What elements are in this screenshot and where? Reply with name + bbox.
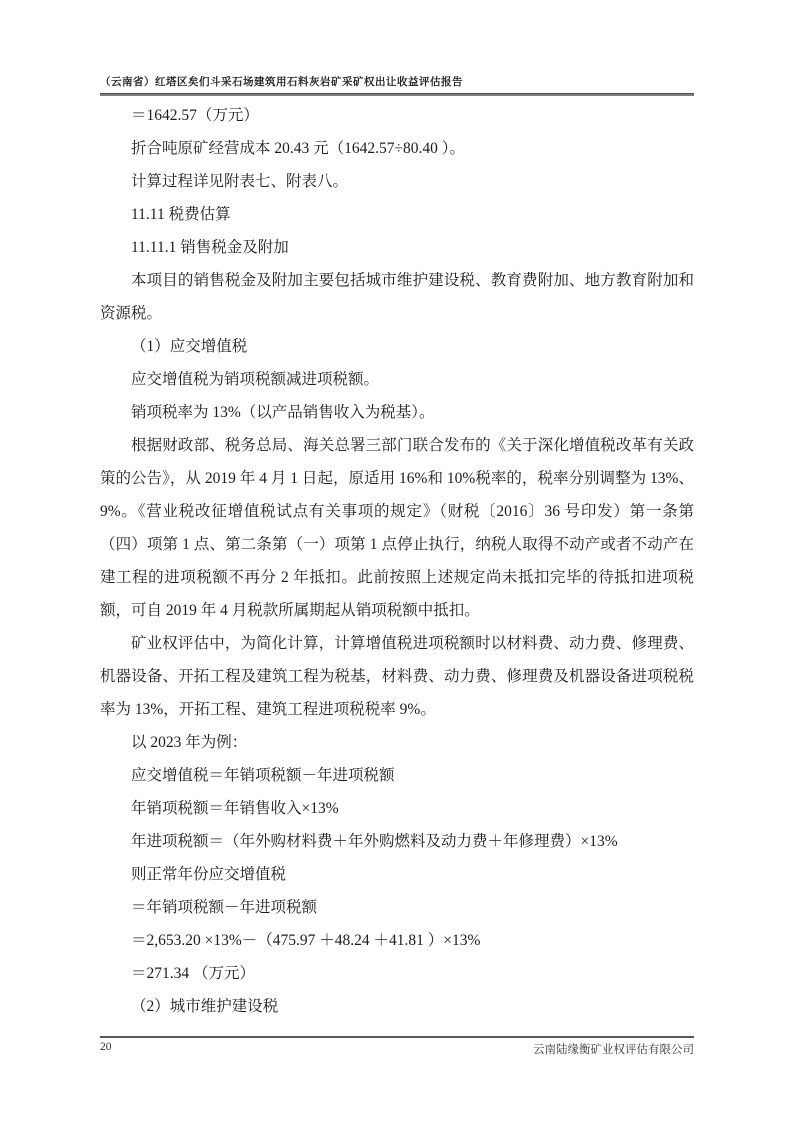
section-heading: 11.11 税费估算 (100, 198, 694, 231)
paragraph: （1）应交增值税 (100, 330, 694, 363)
paragraph: 矿业权评估中，为简化计算，计算增值税进项税额时以材料费、动力费、修理费、机器设备… (100, 627, 694, 726)
formula-line: ＝2,653.20 ×13%－（475.97 ＋48.24 ＋41.81 ）×1… (100, 924, 694, 957)
formula-line: 应交增值税＝年销项税额－年进项税额 (100, 759, 694, 792)
document-body: ＝1642.57（万元） 折合吨原矿经营成本 20.43 元（1642.57÷8… (100, 99, 694, 1023)
formula-line: 年销项税额＝年销售收入×13% (100, 792, 694, 825)
report-page: （云南省）红塔区矣们斗采石场建筑用石料灰岩矿采矿权出让收益评估报告 ＝1642.… (0, 0, 794, 1123)
formula-line: ＝271.34 （万元） (100, 957, 694, 990)
header-rule (100, 93, 694, 96)
paragraph: 折合吨原矿经营成本 20.43 元（1642.57÷80.40 ）。 (100, 132, 694, 165)
page-header: （云南省）红塔区矣们斗采石场建筑用石料灰岩矿采矿权出让收益评估报告 (100, 74, 694, 96)
paragraph: 本项目的销售税金及附加主要包括城市维护建设税、教育费附加、地方教育附加和资源税。 (100, 264, 694, 330)
footer-company: 云南陆缘衡矿业权评估有限公司 (533, 1041, 694, 1057)
paragraph: 销项税率为 13%（以产品销售收入为税基）。 (100, 396, 694, 429)
paragraph: 以 2023 年为例： (100, 726, 694, 759)
page-number: 20 (100, 1041, 112, 1053)
paragraph: 根据财政部、税务总局、海关总署三部门联合发布的《关于深化增值税改革有关政策的公告… (100, 429, 694, 627)
page-header-title: （云南省）红塔区矣们斗采石场建筑用石料灰岩矿采矿权出让收益评估报告 (100, 74, 694, 93)
paragraph: ＝1642.57（万元） (100, 99, 694, 132)
paragraph: 应交增值税为销项税额减进项税额。 (100, 363, 694, 396)
formula-line: ＝年销项税额－年进项税额 (100, 891, 694, 924)
paragraph: （2）城市维护建设税 (100, 990, 694, 1023)
section-heading: 11.11.1 销售税金及附加 (100, 231, 694, 264)
paragraph: 计算过程详见附表七、附表八。 (100, 165, 694, 198)
page-footer: 20 云南陆缘衡矿业权评估有限公司 (100, 1036, 694, 1057)
paragraph: 则正常年份应交增值税 (100, 858, 694, 891)
formula-line: 年进项税额＝（年外购材料费＋年外购燃料及动力费＋年修理费）×13% (100, 825, 694, 858)
